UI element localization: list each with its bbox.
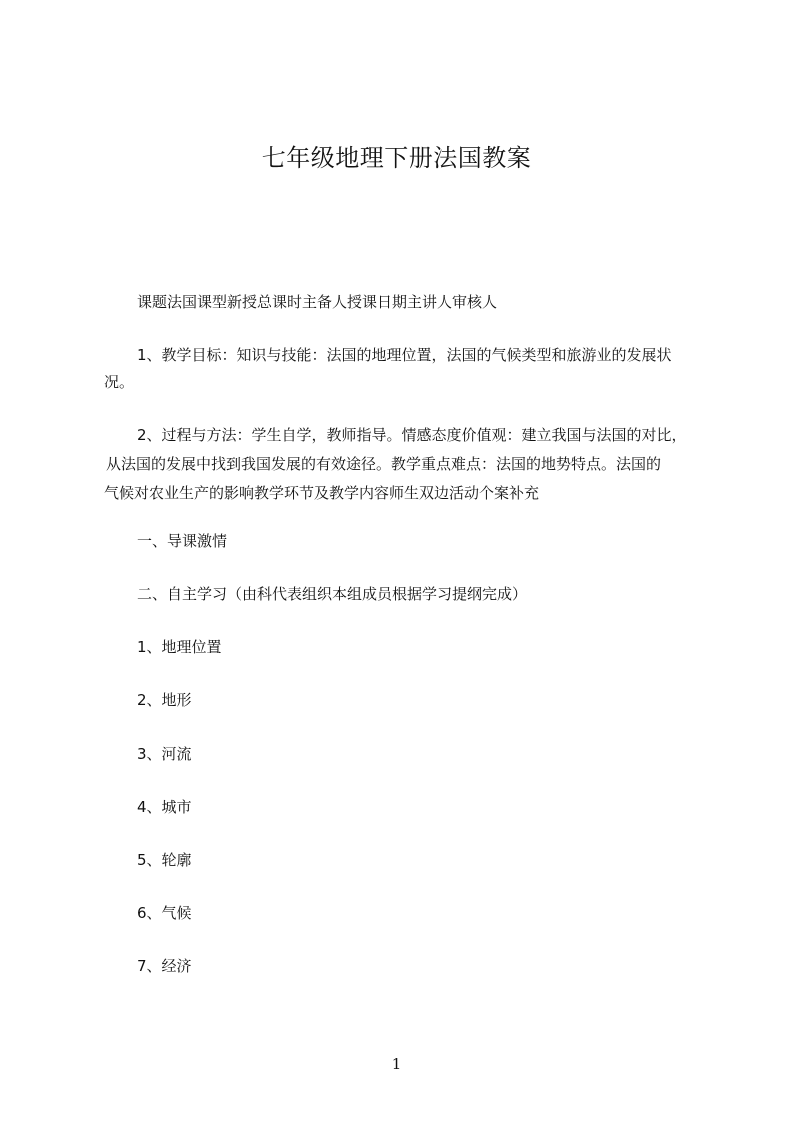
section-heading-self-study: 二、自主学习（由科代表组织本组成员根据学习提纲完成）	[137, 584, 527, 604]
document-title: 七年级地理下册法国教案	[0, 140, 793, 176]
objective-2-line-2: 从法国的发展中找到我国发展的有效途径。教学重点难点：法国的地势特点。法国的	[106, 454, 661, 474]
section-heading-intro: 一、导课激情	[137, 531, 227, 551]
study-item-climate: 6、气候	[137, 903, 192, 923]
objective-1-line-2: 况。	[104, 372, 134, 392]
study-item-rivers: 3、河流	[137, 744, 192, 764]
study-item-location: 1、地理位置	[137, 637, 222, 657]
document-page: 七年级地理下册法国教案 课题法国课型新授总课时主备人授课日期主讲人审核人 1、教…	[0, 0, 793, 1122]
lesson-header-row: 课题法国课型新授总课时主备人授课日期主讲人审核人	[137, 292, 497, 312]
page-number: 1	[0, 1055, 793, 1073]
study-item-economy: 7、经济	[137, 956, 192, 976]
study-item-terrain: 2、地形	[137, 690, 192, 710]
study-item-cities: 4、城市	[137, 797, 192, 817]
objective-2-line-1: 2、过程与方法：学生自学，教师指导。情感态度价值观：建立我国与法国的对比，	[137, 425, 687, 445]
objective-2-line-3: 气候对农业生产的影响教学环节及教学内容师生双边活动个案补充	[104, 483, 539, 503]
study-item-outline: 5、轮廓	[137, 850, 192, 870]
objective-1-line-1: 1、教学目标：知识与技能：法国的地理位置，法国的气候类型和旅游业的发展状	[137, 345, 672, 365]
